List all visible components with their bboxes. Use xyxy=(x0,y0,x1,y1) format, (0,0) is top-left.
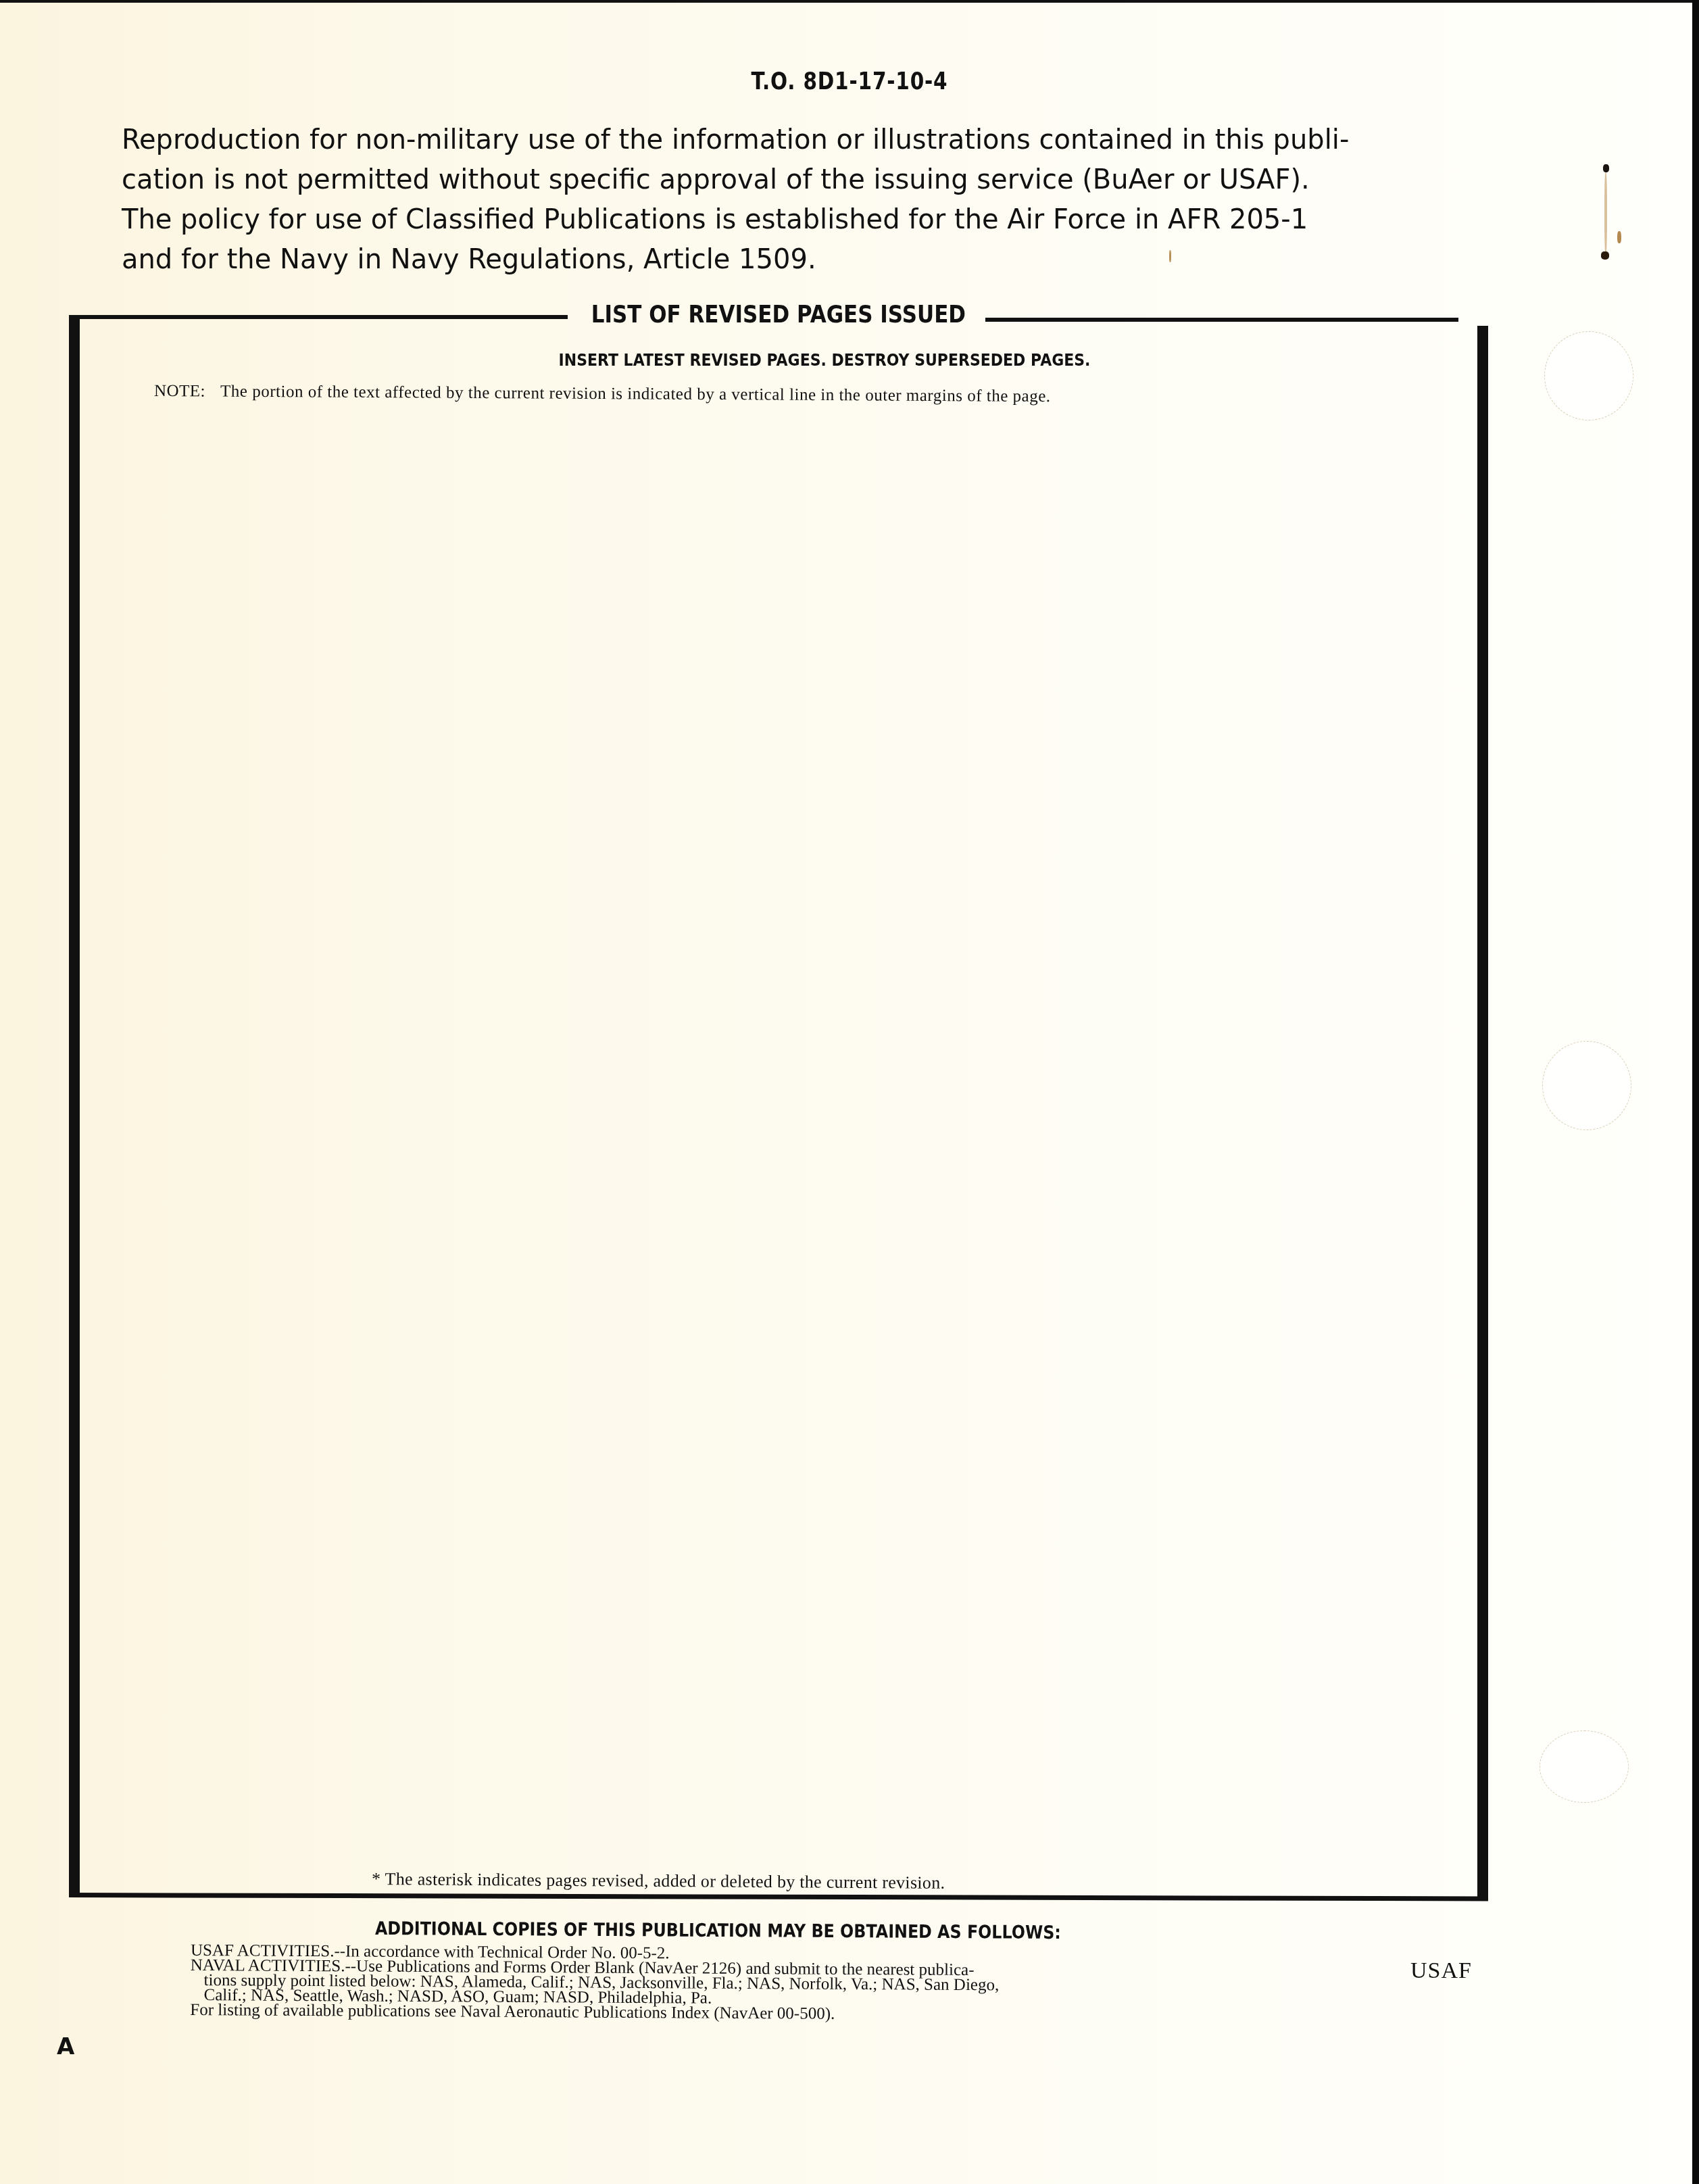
additional-copies-heading: ADDITIONAL COPIES OF THIS PUBLICATION MA… xyxy=(375,1918,1061,1943)
box-border-top xyxy=(71,315,568,319)
notice-line: The policy for use of Classified Publica… xyxy=(122,200,1439,240)
insert-instruction: INSERT LATEST REVISED PAGES. DESTROY SUP… xyxy=(99,350,1550,370)
punch-hole xyxy=(1544,331,1633,420)
additional-copies-body: USAF ACTIVITIES.--In accordance with Tec… xyxy=(190,1943,1339,2024)
technical-order-number: T.O. 8D1-17-10-4 xyxy=(153,68,1546,95)
punch-hole xyxy=(1540,1730,1629,1803)
notice-line: Reproduction for non-military use of the… xyxy=(122,120,1439,160)
asterisk-note: * The asterisk indicates pages revised, … xyxy=(372,1869,945,1893)
scan-top-edge xyxy=(0,0,1699,3)
box-border-left xyxy=(69,315,80,1895)
revised-pages-title: LIST OF REVISED PAGES ISSUED xyxy=(591,301,963,329)
margin-stain xyxy=(1617,231,1621,243)
box-border-right xyxy=(1477,326,1488,1901)
margin-stain xyxy=(1601,251,1609,260)
punch-hole xyxy=(1542,1041,1631,1130)
scan-right-edge xyxy=(1692,0,1699,2184)
note-label: NOTE: xyxy=(154,382,205,400)
notice-line: cation is not permitted without specific… xyxy=(122,160,1439,200)
notice-line: and for the Navy in Navy Regulations, Ar… xyxy=(122,240,1439,280)
reproduction-notice: Reproduction for non-military use of the… xyxy=(122,120,1439,280)
margin-stain xyxy=(1604,172,1607,253)
margin-stain xyxy=(1603,164,1609,172)
box-border-top xyxy=(985,318,1458,322)
page-letter: A xyxy=(57,2033,74,2060)
service-mark: USAF xyxy=(1410,1958,1472,1984)
